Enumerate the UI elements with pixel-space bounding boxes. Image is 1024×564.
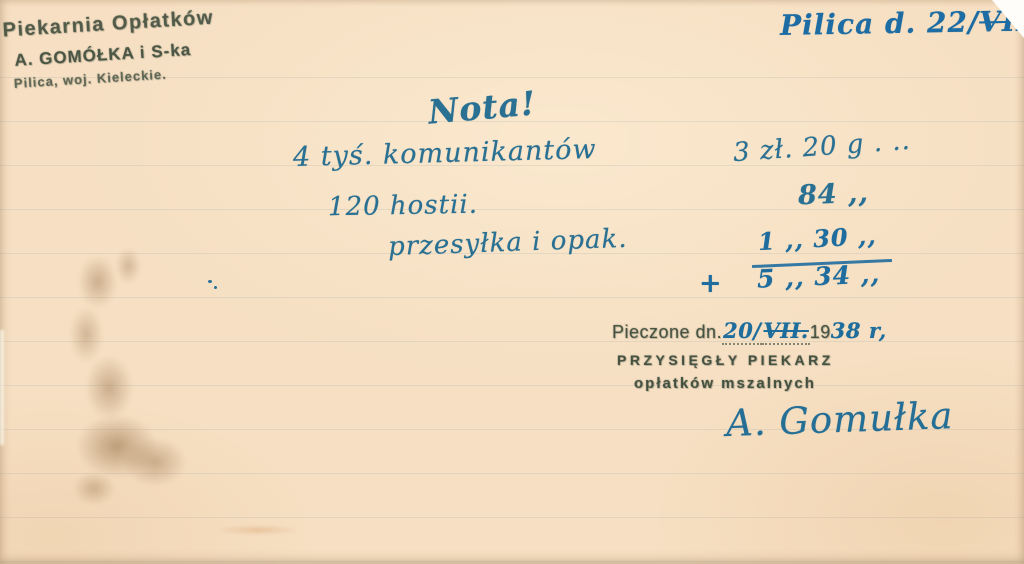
baked-date-prefix: Pieczone dn. xyxy=(612,322,722,342)
baked-date-year-written: 38 r, xyxy=(831,318,887,343)
baked-date-line: Pieczone dn.20/VII.1938 r, xyxy=(612,320,887,341)
torn-edge-sliver xyxy=(0,330,4,445)
total-plus-sign: + xyxy=(699,268,723,299)
handwritten-date-header: Pilica d. 22/VII 38 r. xyxy=(780,3,1024,42)
vendor-stamp: Piekarnia Opłatków A. GOMÓŁKA i S-ka Pil… xyxy=(2,6,218,93)
bakery-certification-stamp: Pieczone dn.20/VII.1938 r, PRZYSIĘGŁY PI… xyxy=(612,320,887,391)
communion-wafers-subtitle: opłatków mszalnych xyxy=(634,376,887,391)
total-amount: 5 ,, 34 ,, xyxy=(756,259,880,293)
bottom-smudge-stain xyxy=(198,522,318,538)
baked-date-month-written: VII. xyxy=(762,318,809,345)
item-description: 120 hostii. xyxy=(328,190,478,223)
ink-speck xyxy=(214,286,217,289)
baked-date-year-printed: 19 xyxy=(810,322,831,342)
baked-date-day-written: 20/ xyxy=(722,318,762,345)
signature: A. Gomułka xyxy=(725,394,954,445)
item-amount: 84 ,, xyxy=(797,178,869,211)
date-city-day: Pilica d. 22/ xyxy=(780,5,980,41)
sworn-baker-title: PRZYSIĘGŁY PIEKARZ xyxy=(617,353,887,367)
item-amount: 1 ,, 30 ,, xyxy=(757,221,877,256)
receipt-paper: Piekarnia Opłatków A. GOMÓŁKA i S-ka Pil… xyxy=(0,0,1024,564)
ink-speck xyxy=(208,280,212,283)
mold-stain xyxy=(18,250,208,515)
